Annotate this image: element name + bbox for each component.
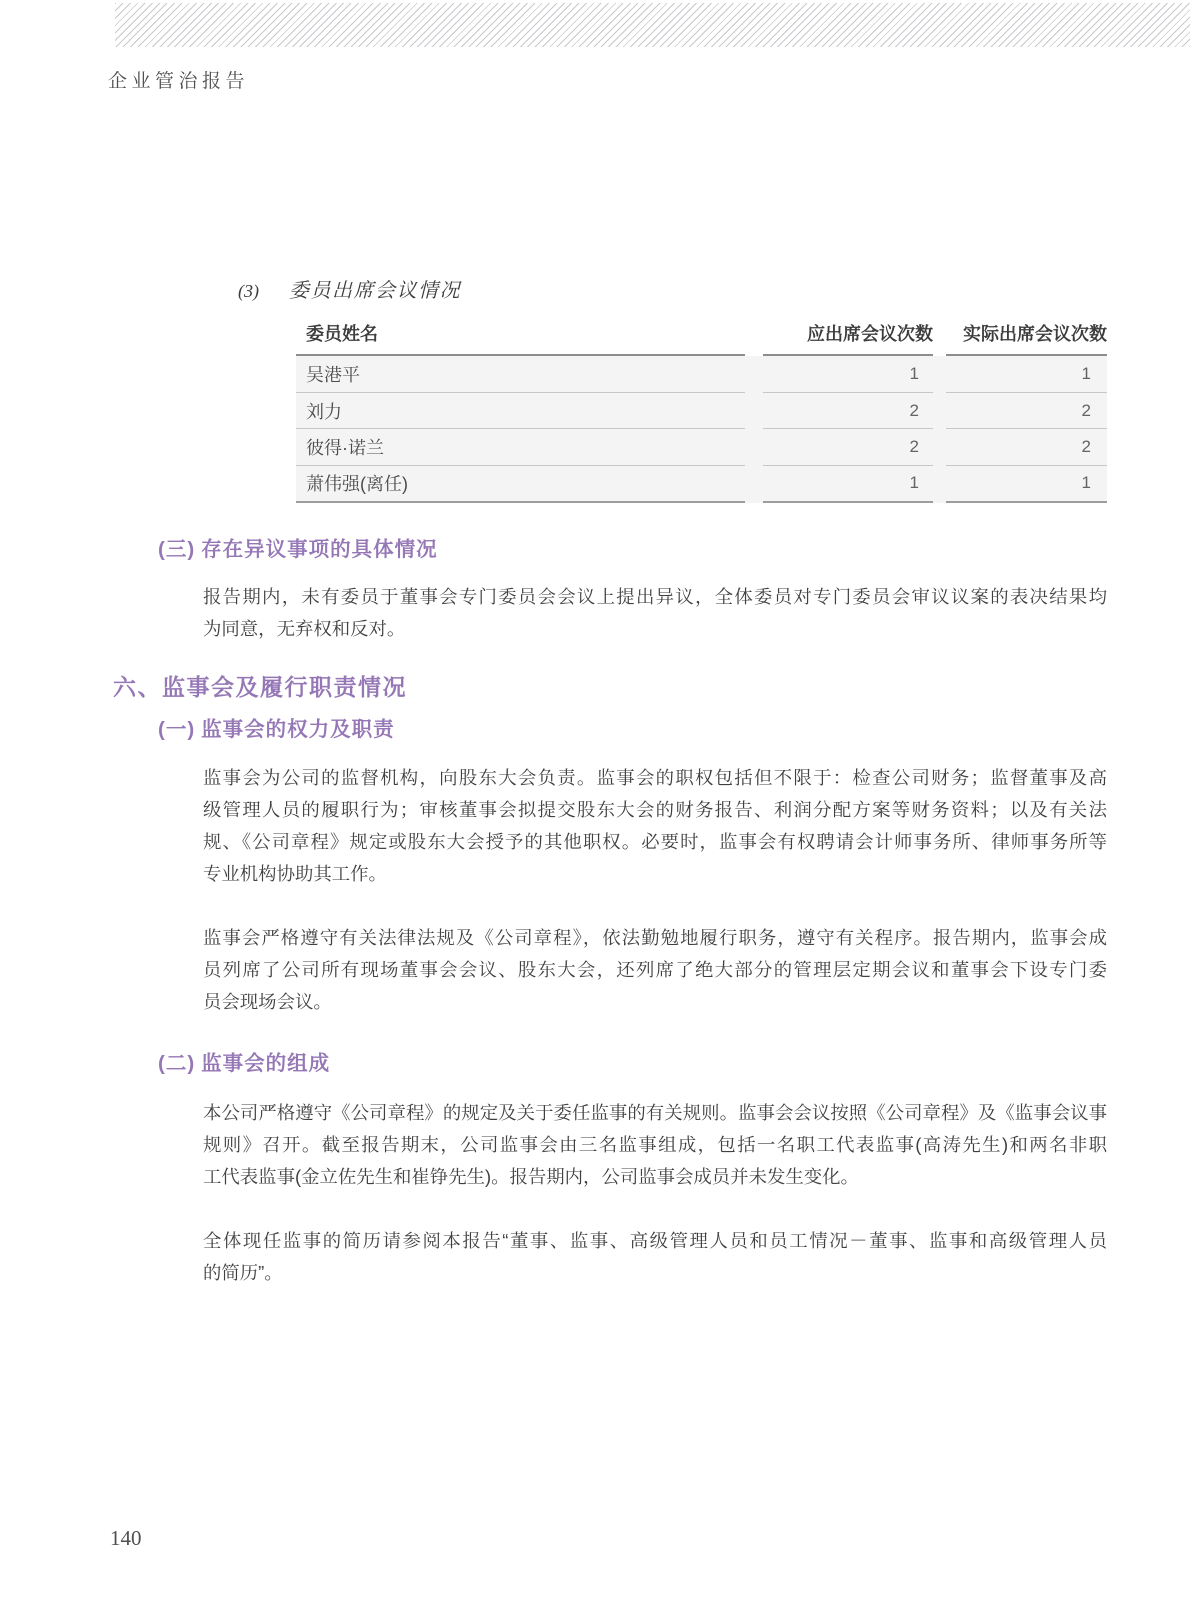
composition-paragraph-2: 全体现任监事的简历请参阅本报告“董事、监事、高级管理人员和员工情况－董事、监事和… [203, 1225, 1107, 1289]
member-name: 萧伟强(离任) [296, 466, 745, 503]
duties-section-heading: (一) 监事会的权力及职责 [158, 718, 395, 742]
member-name: 彼得·诺兰 [296, 429, 745, 466]
composition-section-heading: (二) 监事会的组成 [158, 1052, 330, 1076]
actual-count: 1 [946, 466, 1107, 503]
table-row: 彼得·诺兰 2 2 [296, 429, 1107, 466]
duties-section-title: 监事会的权力及职责 [201, 718, 395, 742]
dissent-paragraph: 报告期内，未有委员于董事会专门委员会会议上提出异议，全体委员对专门委员会审议议案… [203, 581, 1107, 645]
attendance-section-title: 委员出席会议情况 [289, 274, 461, 303]
member-name: 刘力 [296, 393, 745, 430]
paragraph-line: 员列席了公司所有现场董事会会议、股东大会，还列席了绝大部分的管理层定期会议和董事… [203, 954, 1107, 986]
attendance-section-heading: (3) 委员出席会议情况 [238, 274, 461, 303]
dissent-section-title: 存在异议事项的具体情况 [201, 538, 438, 562]
composition-paragraph-1: 本公司严格遵守《公司章程》的规定及关于委任监事的有关规则。监事会会议按照《公司章… [203, 1097, 1107, 1193]
required-count: 1 [763, 356, 933, 393]
dissent-section-heading: (三) 存在异议事项的具体情况 [158, 538, 438, 562]
attendance-table: 委员姓名 应出席会议次数 实际出席会议次数 吴港平 1 1 刘力 2 2 彼得·… [296, 312, 1107, 503]
column-header-member-name: 委员姓名 [296, 312, 745, 356]
required-count: 1 [763, 466, 933, 503]
top-hatch-band [115, 3, 1190, 47]
paragraph-line: 监事会严格遵守有关法律法规及《公司章程》，依法勤勉地履行职务，遵守有关程序。报告… [203, 922, 1107, 954]
page-number: 140 [110, 1526, 142, 1551]
supervisory-section-number: 六、 [113, 674, 162, 700]
paragraph-line: 为同意，无弃权和反对。 [203, 613, 1107, 645]
attendance-section-number: (3) [238, 281, 259, 302]
report-page: 企业管治报告 (3) 委员出席会议情况 委员姓名 应出席会议次数 实际出席会议次… [0, 0, 1190, 1615]
paragraph-line: 报告期内，未有委员于董事会专门委员会会议上提出异议，全体委员对专门委员会审议议案… [203, 581, 1107, 613]
composition-section-title: 监事会的组成 [201, 1052, 330, 1076]
table-row: 刘力 2 2 [296, 393, 1107, 430]
table-header-row: 委员姓名 应出席会议次数 实际出席会议次数 [296, 312, 1107, 356]
paragraph-line: 员会现场会议。 [203, 986, 1107, 1018]
actual-count: 2 [946, 393, 1107, 430]
paragraph-line: 专业机构协助其工作。 [203, 858, 1107, 890]
table-body: 吴港平 1 1 刘力 2 2 彼得·诺兰 2 2 萧伟强(离任) 1 1 [296, 356, 1107, 503]
composition-section-number: (二) [158, 1052, 195, 1076]
document-header-title: 企业管治报告 [108, 66, 249, 93]
paragraph-line: 工代表监事(金立佐先生和崔铮先生)。报告期内，公司监事会成员并未发生变化。 [203, 1161, 1107, 1193]
member-name: 吴港平 [296, 356, 745, 393]
paragraph-line: 全体现任监事的简历请参阅本报告“董事、监事、高级管理人员和员工情况－董事、监事和… [203, 1225, 1107, 1257]
supervisory-section-heading: 六、 监事会及履行职责情况 [113, 674, 407, 700]
paragraph-line: 本公司严格遵守《公司章程》的规定及关于委任监事的有关规则。监事会会议按照《公司章… [203, 1097, 1107, 1129]
required-count: 2 [763, 393, 933, 430]
duties-paragraph-1: 监事会为公司的监督机构，向股东大会负责。监事会的职权包括但不限于：检查公司财务；… [203, 762, 1107, 890]
table-row: 萧伟强(离任) 1 1 [296, 466, 1107, 503]
duties-paragraph-2: 监事会严格遵守有关法律法规及《公司章程》，依法勤勉地履行职务，遵守有关程序。报告… [203, 922, 1107, 1018]
actual-count: 1 [946, 356, 1107, 393]
table-row: 吴港平 1 1 [296, 356, 1107, 393]
actual-count: 2 [946, 429, 1107, 466]
dissent-section-number: (三) [158, 538, 195, 562]
paragraph-line: 级管理人员的履职行为；审核董事会拟提交股东大会的财务报告、利润分配方案等财务资料… [203, 794, 1107, 826]
paragraph-line: 规则》召开。截至报告期末，公司监事会由三名监事组成，包括一名职工代表监事(高涛先… [203, 1129, 1107, 1161]
required-count: 2 [763, 429, 933, 466]
paragraph-line: 监事会为公司的监督机构，向股东大会负责。监事会的职权包括但不限于：检查公司财务；… [203, 762, 1107, 794]
paragraph-line: 规、《公司章程》规定或股东大会授予的其他职权。必要时，监事会有权聘请会计师事务所… [203, 826, 1107, 858]
supervisory-section-title: 监事会及履行职责情况 [162, 674, 407, 700]
paragraph-line: 的简历”。 [203, 1257, 1107, 1289]
duties-section-number: (一) [158, 718, 195, 742]
column-header-required-meetings: 应出席会议次数 [763, 312, 933, 356]
column-header-actual-meetings: 实际出席会议次数 [946, 312, 1107, 356]
